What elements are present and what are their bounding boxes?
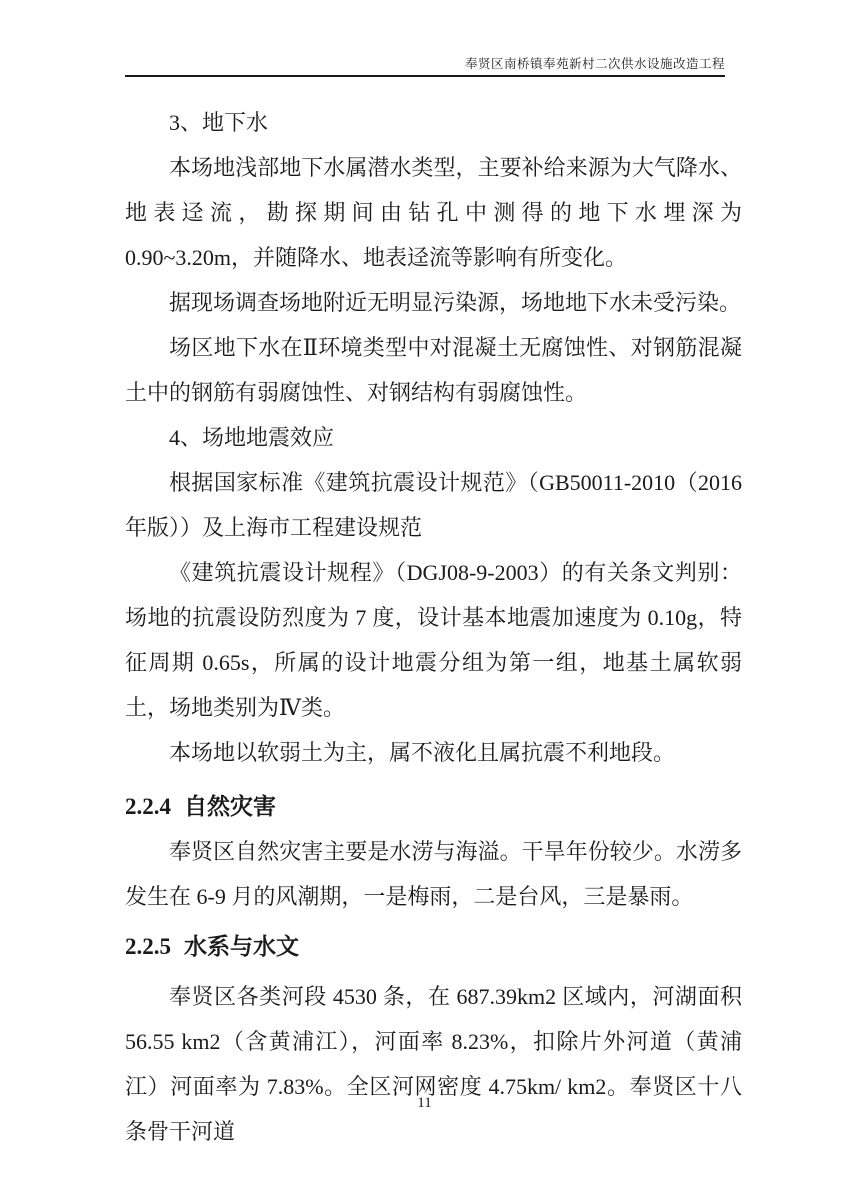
paragraph-soft-soil: 本场地以软弱土为主，属不液化且属抗震不利地段。 bbox=[125, 730, 742, 775]
document-body: 3、地下水 本场地浅部地下水属潜水类型，主要补给来源为大气降水、地表迳流，勘探期… bbox=[125, 100, 742, 1154]
section-heading-water-system: 2.2.5水系与水文 bbox=[125, 924, 742, 969]
paragraph-disaster-types: 奉贤区自然灾害主要是水涝与海溢。干旱年份较少。水涝多发生在 6-9 月的风潮期，… bbox=[125, 829, 742, 919]
page-header: 奉贤区南桥镇奉苑新村二次供水设施改造工程 bbox=[125, 57, 725, 77]
section-number: 2.2.5 bbox=[125, 934, 171, 959]
page-number: 11 bbox=[417, 1095, 431, 1111]
paragraph-national-standard: 根据国家标准《建筑抗震设计规范》（GB50011-2010（2016 年版））及… bbox=[125, 460, 742, 550]
subsection-heading-groundwater: 3、地下水 bbox=[125, 100, 742, 145]
header-title: 奉贤区南桥镇奉苑新村二次供水设施改造工程 bbox=[465, 57, 725, 71]
page-footer: 11 bbox=[0, 1094, 849, 1112]
subsection-heading-seismic-effect: 4、场地地震效应 bbox=[125, 415, 742, 460]
section-number: 2.2.4 bbox=[125, 794, 171, 819]
paragraph-corrosivity: 场区地下水在Ⅱ环境类型中对混凝土无腐蚀性、对钢筋混凝土中的钢筋有弱腐蚀性、对钢结… bbox=[125, 325, 742, 415]
paragraph-seismic-parameters: 《建筑抗震设计规程》（DGJ08-9-2003）的有关条文判别：场地的抗震设防烈… bbox=[125, 550, 742, 730]
paragraph-river-statistics: 奉贤区各类河段 4530 条，在 687.39km2 区域内，河湖面积 56.5… bbox=[125, 974, 742, 1154]
paragraph-pollution-survey: 据现场调查场地附近无明显污染源，场地地下水未受污染。 bbox=[125, 280, 742, 325]
section-heading-natural-disasters: 2.2.4自然灾害 bbox=[125, 784, 742, 829]
section-title: 自然灾害 bbox=[184, 794, 276, 819]
section-title: 水系与水文 bbox=[184, 934, 299, 959]
paragraph-groundwater-type: 本场地浅部地下水属潜水类型，主要补给来源为大气降水、地表迳流，勘探期间由钻孔中测… bbox=[125, 145, 742, 280]
